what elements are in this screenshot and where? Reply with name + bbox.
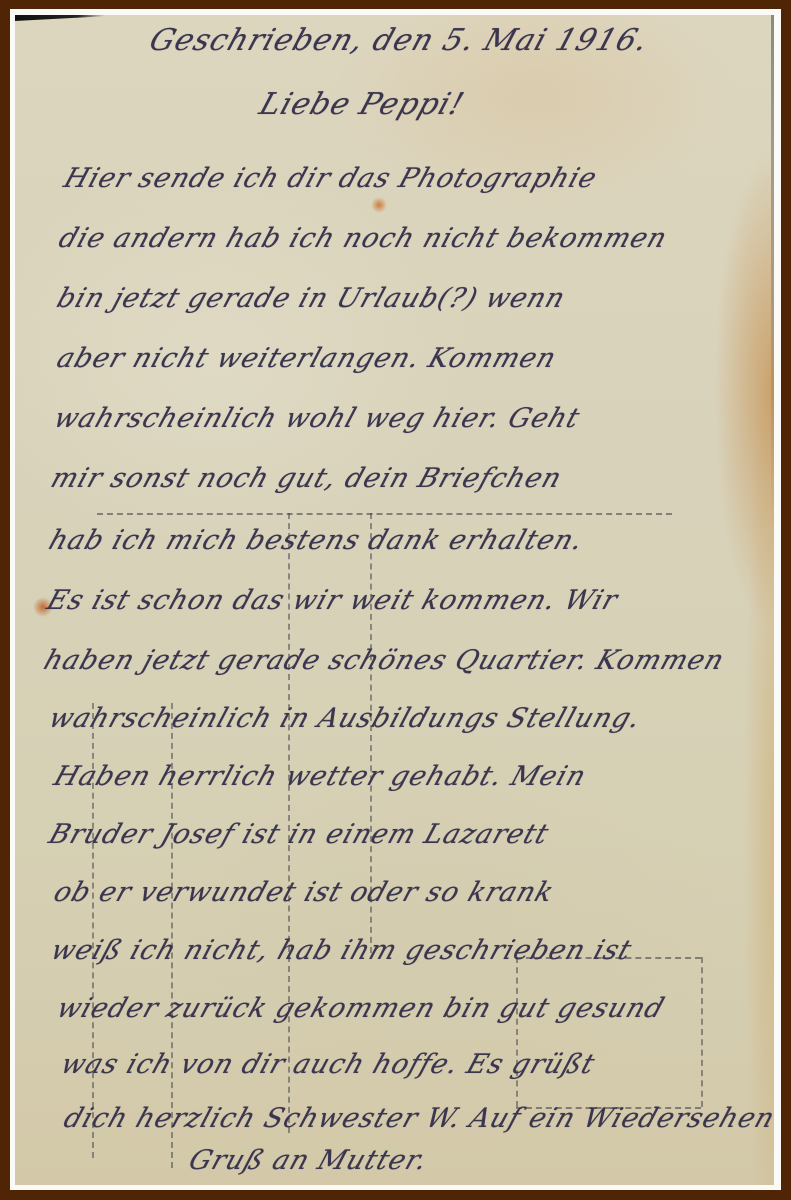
body-line: Haben herrlich wetter gehabt. Mein	[50, 761, 590, 792]
body-line: was ich von dir auch hoffe. Es grüßt	[57, 1049, 599, 1080]
body-line: ob er verwundet ist oder so krank	[50, 877, 558, 908]
page: { "document": { "type": "handwritten let…	[0, 0, 791, 1200]
stamp-box-right	[701, 957, 703, 1107]
body-line: bin jetzt gerade in Urlaub(?) wenn	[53, 283, 570, 314]
body-line: wahrscheinlich wohl weg hier. Geht	[50, 403, 584, 434]
body-line: wahrscheinlich in Ausbildungs Stellung.	[45, 703, 645, 734]
paper-edge-shadow	[771, 15, 774, 535]
body-line: mir sonst noch gut, dein Briefchen	[47, 463, 566, 494]
date-line: Geschrieben, den 5. Mai 1916.	[145, 23, 653, 58]
body-line: dich herzlich Schwester W. Auf ein Wiede…	[60, 1103, 774, 1134]
body-line: Bruder Josef ist in einem Lazarett	[45, 819, 553, 850]
letter-paper: Geschrieben, den 5. Mai 1916. Liebe Pepp…	[15, 15, 774, 1185]
body-line: aber nicht weiterlangen. Kommen	[53, 343, 561, 374]
body-line: weiß ich nicht, hab ihm geschrieben ist	[47, 935, 636, 966]
body-line: Es ist schon das wir weit kommen. Wir	[43, 585, 622, 616]
stamp-box-left	[516, 957, 518, 1107]
salutation: Liebe Peppi!	[255, 87, 469, 122]
closing-line: Gruß an Mutter.	[185, 1145, 432, 1176]
body-line: haben jetzt gerade schönes Quartier. Kom…	[40, 645, 729, 676]
body-line: die andern hab ich noch nicht bekommen	[55, 223, 671, 254]
body-line: hab ich mich bestens dank erhalten.	[45, 525, 588, 556]
body-line: Hier sende ich dir das Photographie	[60, 163, 601, 194]
printed-divider-line	[97, 513, 672, 515]
scan-shadow	[15, 15, 105, 21]
body-line: wieder zurück gekommen bin gut gesund	[53, 993, 669, 1024]
